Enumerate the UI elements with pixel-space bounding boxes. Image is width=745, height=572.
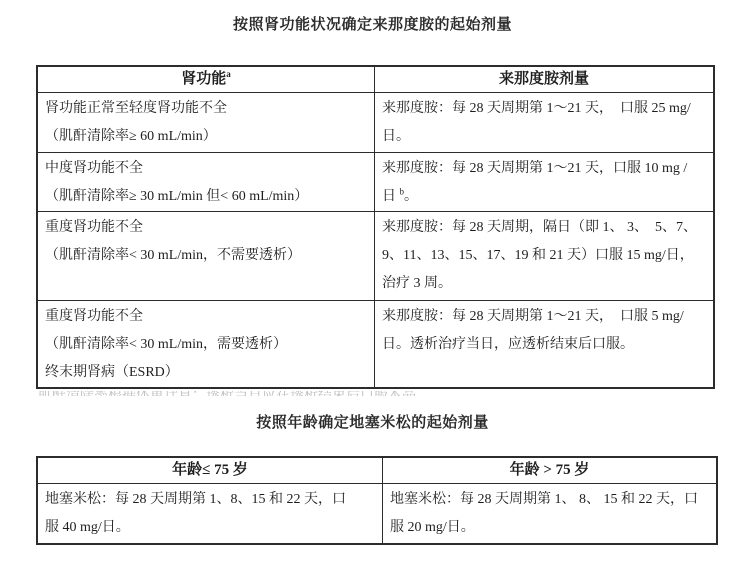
age-dose-table: 年龄≤ 75 岁 年龄 > 75 岁 地塞米松：每 28 天周期第 1、8、15… — [36, 456, 718, 545]
document-page: 按照肾功能状况确定来那度胺的起始剂量 肾功能a 来那度胺剂量 肾功能正常至轻度肾… — [0, 0, 745, 572]
dex-dose-age-le-75: 地塞米松：每 28 天周期第 1、8、15 和 22 天，口 服 40 mg/日… — [38, 484, 382, 543]
header-age-gt-75: 年龄 > 75 岁 — [382, 458, 716, 483]
condition-moderate: 中度肾功能不全 （肌酐清除率≥ 30 mL/min 但< 60 mL/min） — [38, 153, 374, 211]
dose-moderate-period: 。 — [404, 189, 418, 204]
dexamethasone-dose-table-title: 按照年龄确定地塞米松的起始剂量 — [0, 411, 745, 432]
lenalidomide-dose-table-title: 按照肾功能状况确定来那度胺的起始剂量 — [0, 13, 745, 34]
table-row: 肾功能正常至轻度肾功能不全 （肌酐清除率≥ 60 mL/min） 来那度胺：每 … — [38, 92, 713, 152]
dose-severe-dialysis: 来那度胺：每 28 天周期第 1～21 天， 口服 5 mg/ 日。透析治疗当日… — [374, 301, 713, 387]
table-header-row: 年龄≤ 75 岁 年龄 > 75 岁 — [38, 458, 716, 483]
dose-moderate: 来那度胺：每 28 天周期第 1～21 天，口服 10 mg / 日 b。 — [374, 153, 713, 211]
clipped-footnote-artifact: 肌酐清除率根据体重计算；透析当日应在透析结束后口服本品 — [38, 391, 470, 396]
dose-moderate-text: 来那度胺：每 28 天周期第 1～21 天，口服 10 mg / 日 — [382, 161, 687, 204]
header-renal-function: 肾功能a — [38, 67, 374, 92]
renal-function-dose-table: 肾功能a 来那度胺剂量 肾功能正常至轻度肾功能不全 （肌酐清除率≥ 60 mL/… — [36, 65, 715, 389]
table-row: 重度肾功能不全 （肌酐清除率< 30 mL/min，需要透析） 终末期肾病（ES… — [38, 300, 713, 387]
condition-severe-dialysis-esrd: 重度肾功能不全 （肌酐清除率< 30 mL/min，需要透析） 终末期肾病（ES… — [38, 301, 374, 387]
footnote-marker-a: a — [226, 69, 231, 79]
header-lenalidomide-dose: 来那度胺剂量 — [374, 67, 713, 92]
table-header-row: 肾功能a 来那度胺剂量 — [38, 67, 713, 92]
condition-severe-no-dialysis: 重度肾功能不全 （肌酐清除率< 30 mL/min，不需要透析） — [38, 212, 374, 300]
header-age-le-75: 年龄≤ 75 岁 — [38, 458, 382, 483]
clipped-footnote-text: 肌酐清除率根据体重计算；透析当日应在透析结束后口服本品 — [38, 391, 470, 396]
dose-normal-mild: 来那度胺：每 28 天周期第 1～21 天， 口服 25 mg/ 日。 — [374, 93, 713, 152]
header-renal-function-text: 肾功能 — [181, 71, 226, 87]
table-row: 中度肾功能不全 （肌酐清除率≥ 30 mL/min 但< 60 mL/min） … — [38, 152, 713, 211]
dose-severe-no-dialysis: 来那度胺：每 28 天周期，隔日（即 1、 3、 5、7、 9、11、13、15… — [374, 212, 713, 300]
table-row: 重度肾功能不全 （肌酐清除率< 30 mL/min，不需要透析） 来那度胺：每 … — [38, 211, 713, 300]
table-row: 地塞米松：每 28 天周期第 1、8、15 和 22 天，口 服 40 mg/日… — [38, 483, 716, 543]
condition-normal-mild: 肾功能正常至轻度肾功能不全 （肌酐清除率≥ 60 mL/min） — [38, 93, 374, 152]
dex-dose-age-gt-75: 地塞米松：每 28 天周期第 1、 8、 15 和 22 天，口 服 20 mg… — [382, 484, 716, 543]
